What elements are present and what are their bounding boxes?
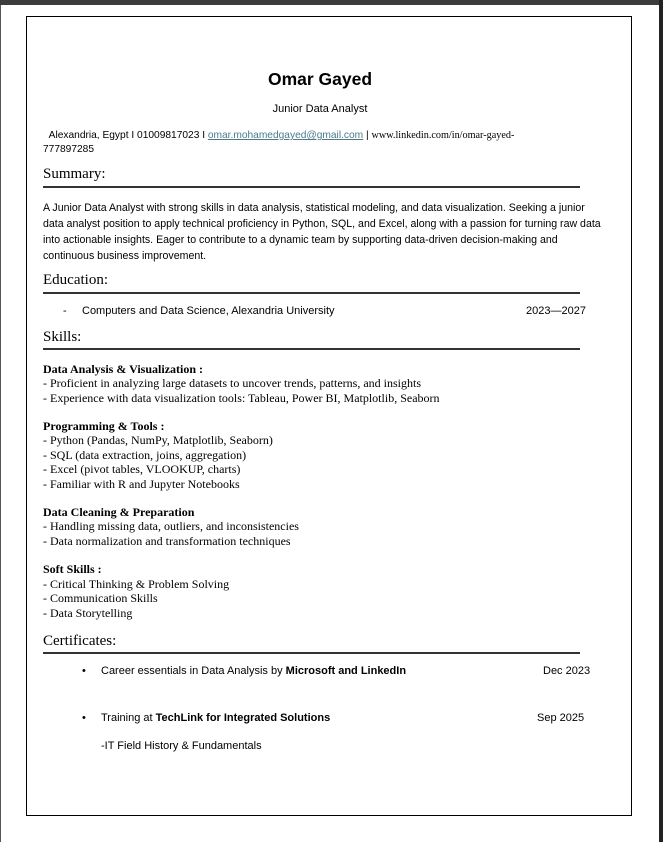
education-heading: Education:: [43, 272, 108, 289]
location: Alexandria, Egypt: [49, 130, 129, 141]
skill-item: - Python (Pandas, NumPy, Matplotlib, Sea…: [43, 433, 273, 448]
education-dates: 2023—2027: [526, 305, 586, 317]
separator: I: [129, 130, 138, 141]
skill-group-heading: Data Cleaning & Preparation: [43, 505, 194, 520]
summary-text: A Junior Data Analyst with strong skills…: [43, 200, 603, 264]
certificate-issuer: TechLink for Integrated Solutions: [156, 712, 331, 724]
skill-item: - Familiar with R and Jupyter Notebooks: [43, 477, 240, 492]
viewer-scrollbar[interactable]: [659, 0, 663, 842]
viewer-top-bar: [0, 0, 663, 5]
section-divider: [43, 186, 580, 188]
skill-group-heading: Programming & Tools :: [43, 419, 164, 434]
certificate-prefix: Training at: [101, 712, 156, 724]
certificate-date: Sep 2025: [537, 712, 584, 724]
skill-item: - Data Storytelling: [43, 606, 132, 621]
bullet-icon: •: [82, 712, 86, 724]
page-left-edge: [0, 5, 1, 842]
skill-item: - SQL (data extraction, joins, aggregati…: [43, 448, 246, 463]
skill-item: - Proficient in analyzing large datasets…: [43, 376, 421, 391]
linkedin-url-continued[interactable]: 777897285: [43, 144, 94, 155]
certificate-issuer: Microsoft and LinkedIn: [286, 665, 406, 677]
summary-heading: Summary:: [43, 166, 106, 183]
certificate-title: Training at TechLink for Integrated Solu…: [101, 712, 330, 724]
education-bullet: -: [63, 305, 67, 317]
separator: I: [199, 130, 208, 141]
skill-item: - Critical Thinking & Problem Solving: [43, 577, 229, 592]
skill-item: - Excel (pivot tables, VLOOKUP, charts): [43, 462, 240, 477]
email-link[interactable]: omar.mohamedgayed@gmail.com: [208, 130, 363, 141]
skill-item: - Communication Skills: [43, 591, 158, 606]
section-divider: [43, 292, 580, 294]
certificate-date: Dec 2023: [543, 665, 590, 677]
contact-info: Alexandria, Egypt I 01009817023 I omar.m…: [43, 129, 514, 157]
skill-group-heading: Data Analysis & Visualization :: [43, 362, 203, 377]
skill-item: - Handling missing data, outliers, and i…: [43, 519, 299, 534]
certificate-title: Career essentials in Data Analysis by Mi…: [101, 665, 406, 677]
education-degree: Computers and Data Science, Alexandria U…: [82, 305, 335, 317]
certificates-heading: Certificates:: [43, 633, 116, 650]
phone: 01009817023: [137, 130, 199, 141]
certificate-prefix: Career essentials in Data Analysis by: [101, 665, 286, 677]
certificate-subitem: -IT Field History & Fundamentals: [101, 740, 262, 752]
section-divider: [43, 348, 580, 350]
section-divider: [43, 652, 580, 654]
bullet-icon: •: [82, 665, 86, 677]
skill-group-heading: Soft Skills :: [43, 562, 102, 577]
candidate-name: Omar Gayed: [0, 69, 640, 90]
job-title: Junior Data Analyst: [0, 103, 640, 115]
skill-item: - Data normalization and transformation …: [43, 534, 291, 549]
skills-heading: Skills:: [43, 329, 81, 346]
linkedin-url[interactable]: www.linkedin.com/in/omar-gayed-: [371, 130, 514, 141]
skill-item: - Experience with data visualization too…: [43, 391, 440, 406]
